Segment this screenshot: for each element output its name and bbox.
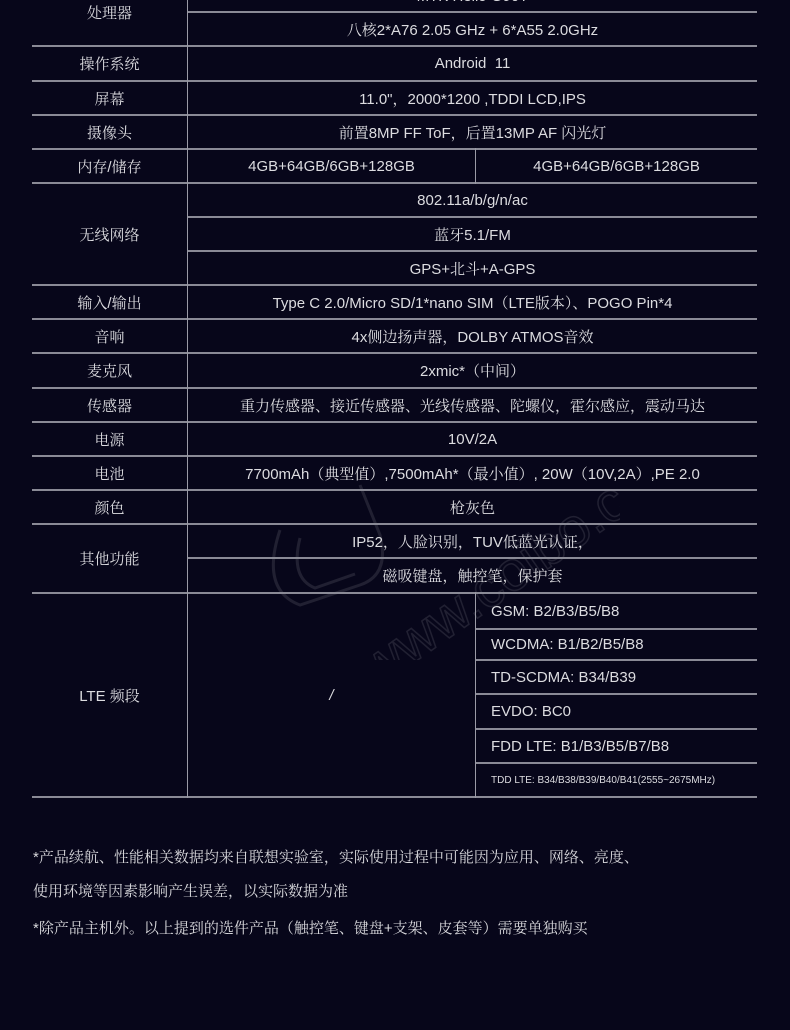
spec-label-audio: 音响 xyxy=(32,320,187,352)
spec-value-evdo: EVDO: BC0 xyxy=(476,695,757,728)
footnote: 使用环境等因素影响产生误差，以实际数据为准 xyxy=(33,880,348,901)
spec-label-sensors: 传感器 xyxy=(32,389,187,421)
spec-label-memory: 内存/储存 xyxy=(32,150,187,182)
spec-label-other-features: 其他功能 xyxy=(32,525,187,592)
spec-value-processor-model: MTK Helio G90T xyxy=(188,0,757,13)
spec-label-camera: 摄像头 xyxy=(32,116,187,148)
spec-label-screen: 屏幕 xyxy=(32,82,187,114)
spec-label-wireless: 无线网络 xyxy=(32,184,187,284)
spec-value-wifi: 802.11a/b/g/n/ac xyxy=(188,184,757,216)
spec-value-screen: 11.0"，2000*1200 ,TDDI LCD,IPS xyxy=(188,82,757,114)
spec-value-microphone: 2xmic*（中间） xyxy=(188,354,757,387)
spec-value-tdd-lte: TDD LTE: B34/B38/B39/B40/B41(2555~2675MH… xyxy=(476,764,757,796)
spec-value-memory-lte: 4GB+64GB/6GB+128GB xyxy=(476,150,757,182)
footnote: *产品续航、性能相关数据均来自联想实验室，实际使用过程中可能因为应用、网络、亮度… xyxy=(33,846,639,867)
spec-value-td-scdma: TD-SCDMA: B34/B39 xyxy=(476,661,757,693)
spec-value-sensors: 重力传感器、接近传感器、光线传感器、陀螺仪，霍尔感应，震动马达 xyxy=(188,389,757,421)
spec-label-processor: 处理器 xyxy=(32,0,187,35)
spec-value-audio: 4x侧边扬声器，DOLBY ATMOS音效 xyxy=(188,320,757,352)
spec-label-lte-bands: LTE 频段 xyxy=(32,594,187,796)
spec-value-power: 10V/2A xyxy=(188,423,757,455)
spec-value-gsm: GSM: B2/B3/B5/B8 xyxy=(476,594,757,628)
spec-value-wcdma: WCDMA: B1/B2/B5/B8 xyxy=(476,630,757,659)
spec-value-bluetooth: 蓝牙5.1/FM xyxy=(188,218,757,250)
spec-value-processor-cores: 八核2*A76 2.05 GHz + 6*A55 2.0GHz xyxy=(188,13,757,45)
spec-value-memory-wifi: 4GB+64GB/6GB+128GB xyxy=(188,150,475,182)
spec-value-lte-bands-wifi: / xyxy=(188,594,475,796)
spec-label-color: 颜色 xyxy=(32,491,187,523)
spec-value-battery: 7700mAh（典型值）,7500mAh*（最小值）, 20W（10V,2A）,… xyxy=(188,457,757,489)
footnote: *除产品主机外。以上提到的选件产品（触控笔、键盘+支架、皮套等）需要单独购买 xyxy=(33,917,588,938)
spec-label-power: 电源 xyxy=(32,423,187,455)
spec-label-io: 输入/输出 xyxy=(32,286,187,318)
spec-label-os: 操作系统 xyxy=(32,47,187,80)
spec-value-features: IP52，人脸识别，TUV低蓝光认证， xyxy=(188,525,757,557)
spec-value-gps: GPS+北斗+A-GPS xyxy=(188,252,757,284)
spec-value-os: Android 11 xyxy=(188,47,757,80)
spec-value-io: Type C 2.0/Micro SD/1*nano SIM（LTE版本）、PO… xyxy=(188,286,757,318)
spec-label-battery: 电池 xyxy=(32,457,187,489)
row-divider xyxy=(32,796,757,798)
spec-value-color: 枪灰色 xyxy=(188,491,757,523)
spec-label-microphone: 麦克风 xyxy=(32,354,187,387)
spec-value-accessories: 磁吸键盘，触控笔，保护套 xyxy=(188,559,757,592)
spec-value-camera: 前置8MP FF ToF，后置13MP AF 闪光灯 xyxy=(188,116,757,148)
spec-value-fdd-lte: FDD LTE: B1/B3/B5/B7/B8 xyxy=(476,730,757,762)
